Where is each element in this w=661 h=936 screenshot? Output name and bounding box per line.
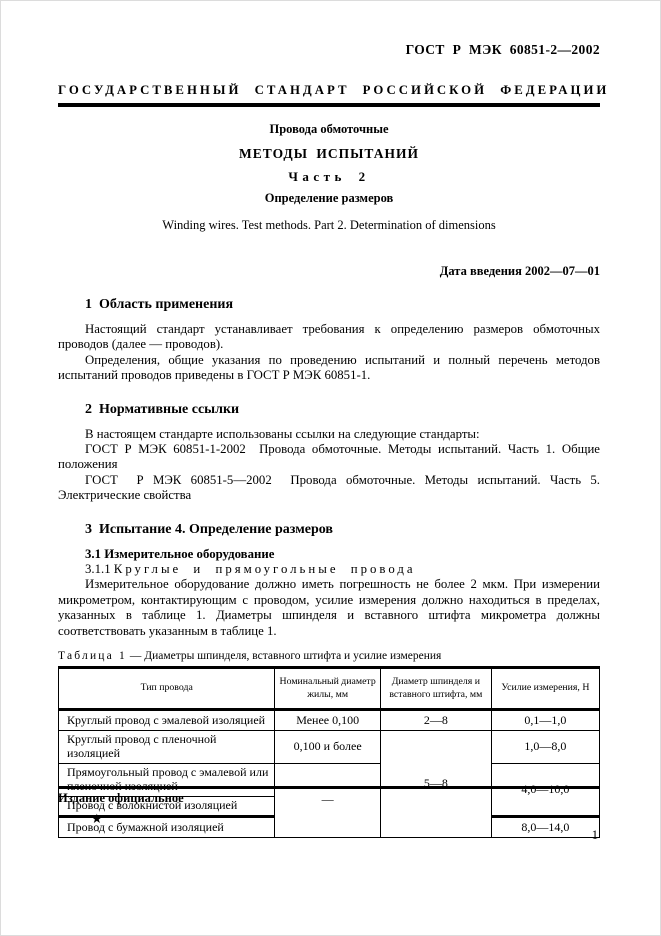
section-1-paragraph: Настоящий стандарт устанавливает требова… (58, 322, 600, 353)
section-2-reference: ГОСТ Р МЭК 60851-1-2002 Провода обмоточн… (58, 442, 600, 473)
section-1-heading: 1 Область применения (58, 297, 600, 313)
table-row: Круглый провод с эмалевой изоляцией Мене… (59, 710, 600, 731)
star-icon: ★ (91, 811, 600, 827)
col-header-measuring-force: Усилие измерения, Н (491, 668, 599, 710)
title-english: Winding wires. Test methods. Part 2. Det… (58, 218, 600, 233)
cell-nominal-diameter: 0,100 и более (275, 730, 380, 763)
section-1-paragraph: Определения, общие указания по проведени… (58, 353, 600, 384)
table-caption: Таблица 1 — Диаметры шпинделя, вставного… (58, 650, 600, 662)
title-part: Часть 2 (58, 169, 600, 185)
cell-measuring-force: 0,1—1,0 (491, 710, 599, 731)
table-row: Круглый провод с пленочной изоляцией 0,1… (59, 730, 600, 763)
footer-rule (58, 786, 600, 789)
col-header-wire-type: Тип провода (59, 668, 275, 710)
section-2-reference: ГОСТ Р МЭК 60851-5—2002 Провода обмоточн… (58, 473, 600, 504)
standard-banner: ГОСУДАРСТВЕННЫЙ СТАНДАРТ РОССИЙСКОЙ ФЕДЕ… (58, 83, 600, 98)
subsection-3-1-1-heading: 3.1.1 Круглые и прямоугольные провода (58, 562, 600, 577)
document-page: ГОСТ Р МЭК 60851-2—2002 ГОСУДАРСТВЕННЫЙ … (0, 0, 661, 936)
section-3-heading: 3 Испытание 4. Определение размеров (58, 522, 600, 538)
cell-wire-type: Круглый провод с эмалевой изоляцией (59, 710, 275, 731)
doc-code: ГОСТ Р МЭК 60851-2—2002 (58, 0, 600, 58)
col-header-spindle-diameter: Диаметр шпинделя и вставного штифта, мм (380, 668, 491, 710)
page-number: 1 (592, 828, 598, 843)
table-header-row: Тип провода Номинальный диаметр жилы, мм… (59, 668, 600, 710)
effective-date: Дата введения 2002—07—01 (58, 264, 600, 279)
cell-nominal-diameter: Менее 0,100 (275, 710, 380, 731)
table-caption-text: — Диаметры шпинделя, вставного штифта и … (130, 650, 441, 662)
col-header-nominal-diameter: Номинальный диаметр жилы, мм (275, 668, 380, 710)
cell-measuring-force: 1,0—8,0 (491, 730, 599, 763)
page-footer: Издание официальное ★ (58, 786, 600, 827)
cell-spindle-diameter: 2—8 (380, 710, 491, 731)
subsection-3-1-heading: 3.1 Измерительное оборудование (58, 547, 600, 562)
table-caption-label: Таблица 1 (58, 650, 127, 662)
section-3-paragraph: Измерительное оборудование должно иметь … (58, 577, 600, 639)
section-2-heading: 2 Нормативные ссылки (58, 402, 600, 418)
subsection-number: 3.1.1 (85, 562, 111, 576)
page-content: ГОСТ Р МЭК 60851-2—2002 ГОСУДАРСТВЕННЫЙ … (58, 0, 600, 838)
cell-wire-type: Круглый провод с пленочной изоляцией (59, 730, 275, 763)
title-group: Провода обмоточные (58, 122, 600, 137)
title-main: МЕТОДЫ ИСПЫТАНИЙ (58, 146, 600, 162)
section-2-paragraph: В настоящем стандарте использованы ссылк… (58, 427, 600, 442)
subsection-title: Круглые и прямоугольные провода (114, 562, 416, 576)
official-edition-note: Издание официальное (58, 791, 600, 806)
title-subtitle: Определение размеров (58, 191, 600, 206)
banner-rule (58, 103, 600, 107)
